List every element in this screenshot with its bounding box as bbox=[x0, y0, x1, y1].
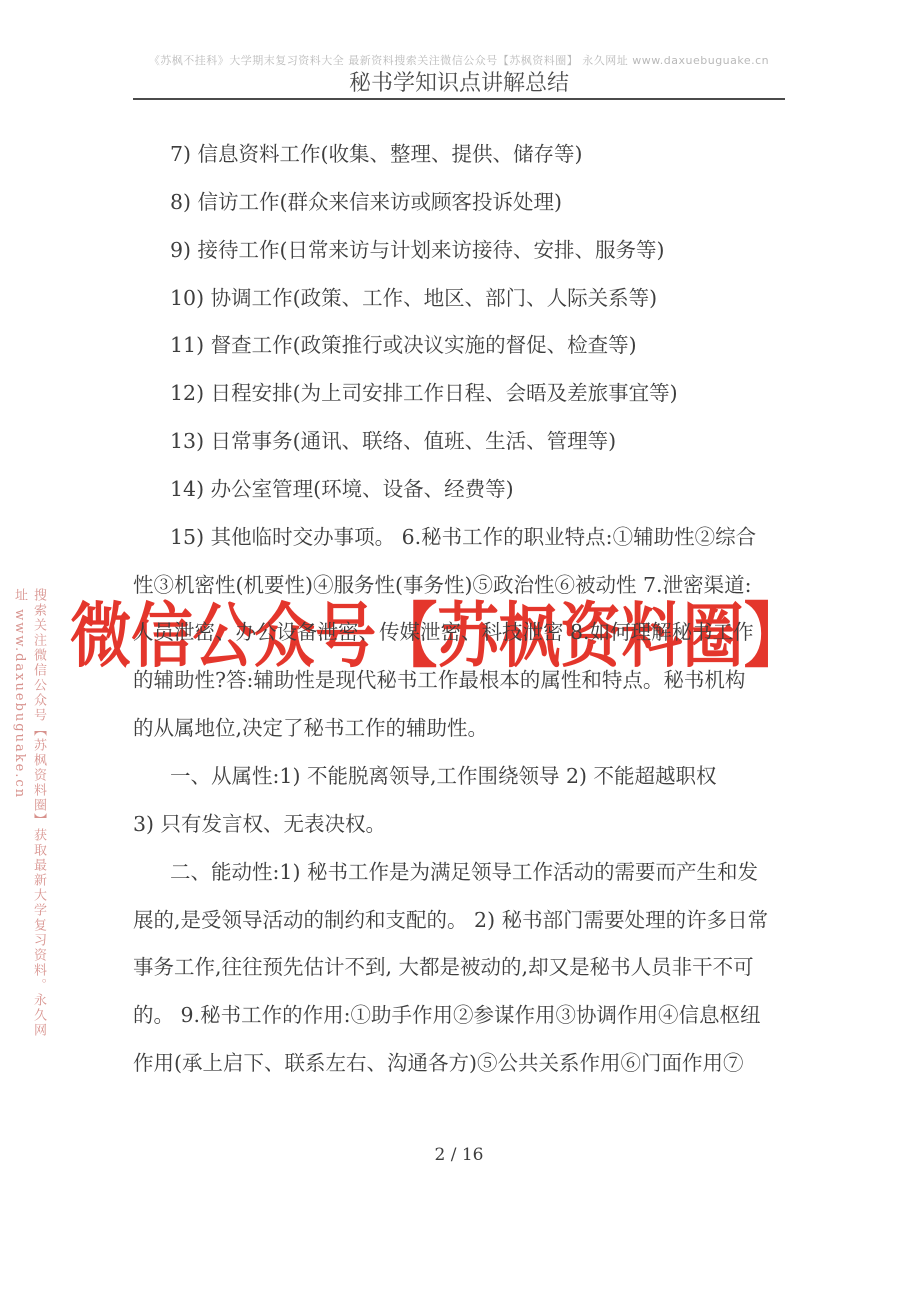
title-divider bbox=[133, 98, 785, 100]
body-line: 8) 信访工作(群众来信来访或顾客投诉处理) bbox=[133, 179, 793, 227]
body-line: 15) 其他临时交办事项。 6.秘书工作的职业特点:①辅助性②综合 bbox=[133, 514, 793, 562]
body-line: 13) 日常事务(通讯、联络、值班、生活、管理等) bbox=[133, 418, 793, 466]
body-line: 12) 日程安排(为上司安排工作日程、会晤及差旅事宜等) bbox=[133, 370, 793, 418]
body-line: 事务工作,往往预先估计不到, 大都是被动的,却又是秘书人员非干不可 bbox=[133, 944, 793, 992]
body-line: 3) 只有发言权、无表决权。 bbox=[133, 801, 793, 849]
body-line: 一、从属性:1) 不能脱离领导,工作围绕领导 2) 不能超越职权 bbox=[133, 753, 793, 801]
body-line: 的辅助性?答:辅助性是现代秘书工作最根本的属性和特点。秘书机构 bbox=[133, 657, 793, 705]
body-line: 的。 9.秘书工作的作用:①助手作用②参谋作用③协调作用④信息枢纽 bbox=[133, 992, 793, 1040]
body-line: 9) 接待工作(日常来访与计划来访接待、安排、服务等) bbox=[133, 227, 793, 275]
body-line: 展的,是受领导活动的制约和支配的。 2) 秘书部门需要处理的许多日常 bbox=[133, 897, 793, 945]
body-line: 性③机密性(机要性)④服务性(事务性)⑤政治性⑥被动性 7.泄密渠道: bbox=[133, 562, 793, 610]
body-line: 人员泄密、办公设备泄密、传媒泄密、科技泄密 8.如何理解秘书工作 bbox=[133, 609, 793, 657]
body-line: 的从属地位,决定了秘书工作的辅助性。 bbox=[133, 705, 793, 753]
body-line: 7) 信息资料工作(收集、整理、提供、储存等) bbox=[133, 131, 793, 179]
body-text: 7) 信息资料工作(收集、整理、提供、储存等)8) 信访工作(群众来信来访或顾客… bbox=[133, 131, 793, 1088]
page-number: 2 / 16 bbox=[0, 1145, 918, 1165]
body-line: 作用(承上启下、联系左右、沟通各方)⑤公共关系作用⑥门面作用⑦ bbox=[133, 1040, 793, 1088]
page-title: 秘书学知识点讲解总结 bbox=[0, 66, 918, 97]
body-line: 二、能动性:1) 秘书工作是为满足领导工作活动的需要而产生和发 bbox=[133, 849, 793, 897]
body-line: 10) 协调工作(政策、工作、地区、部门、人际关系等) bbox=[133, 275, 793, 323]
side-watermark: 搜索关注微信公众号【苏枫资料圈】获取最新大学复习资料。永久网址 www.daxu… bbox=[10, 588, 48, 1048]
body-line: 11) 督查工作(政策推行或决议实施的督促、检查等) bbox=[133, 322, 793, 370]
body-line: 14) 办公室管理(环境、设备、经费等) bbox=[133, 466, 793, 514]
document-page: 《苏枫不挂科》大学期末复习资料大全 最新资料搜索关注微信公众号【苏枫资料圈】 永… bbox=[0, 0, 918, 1298]
